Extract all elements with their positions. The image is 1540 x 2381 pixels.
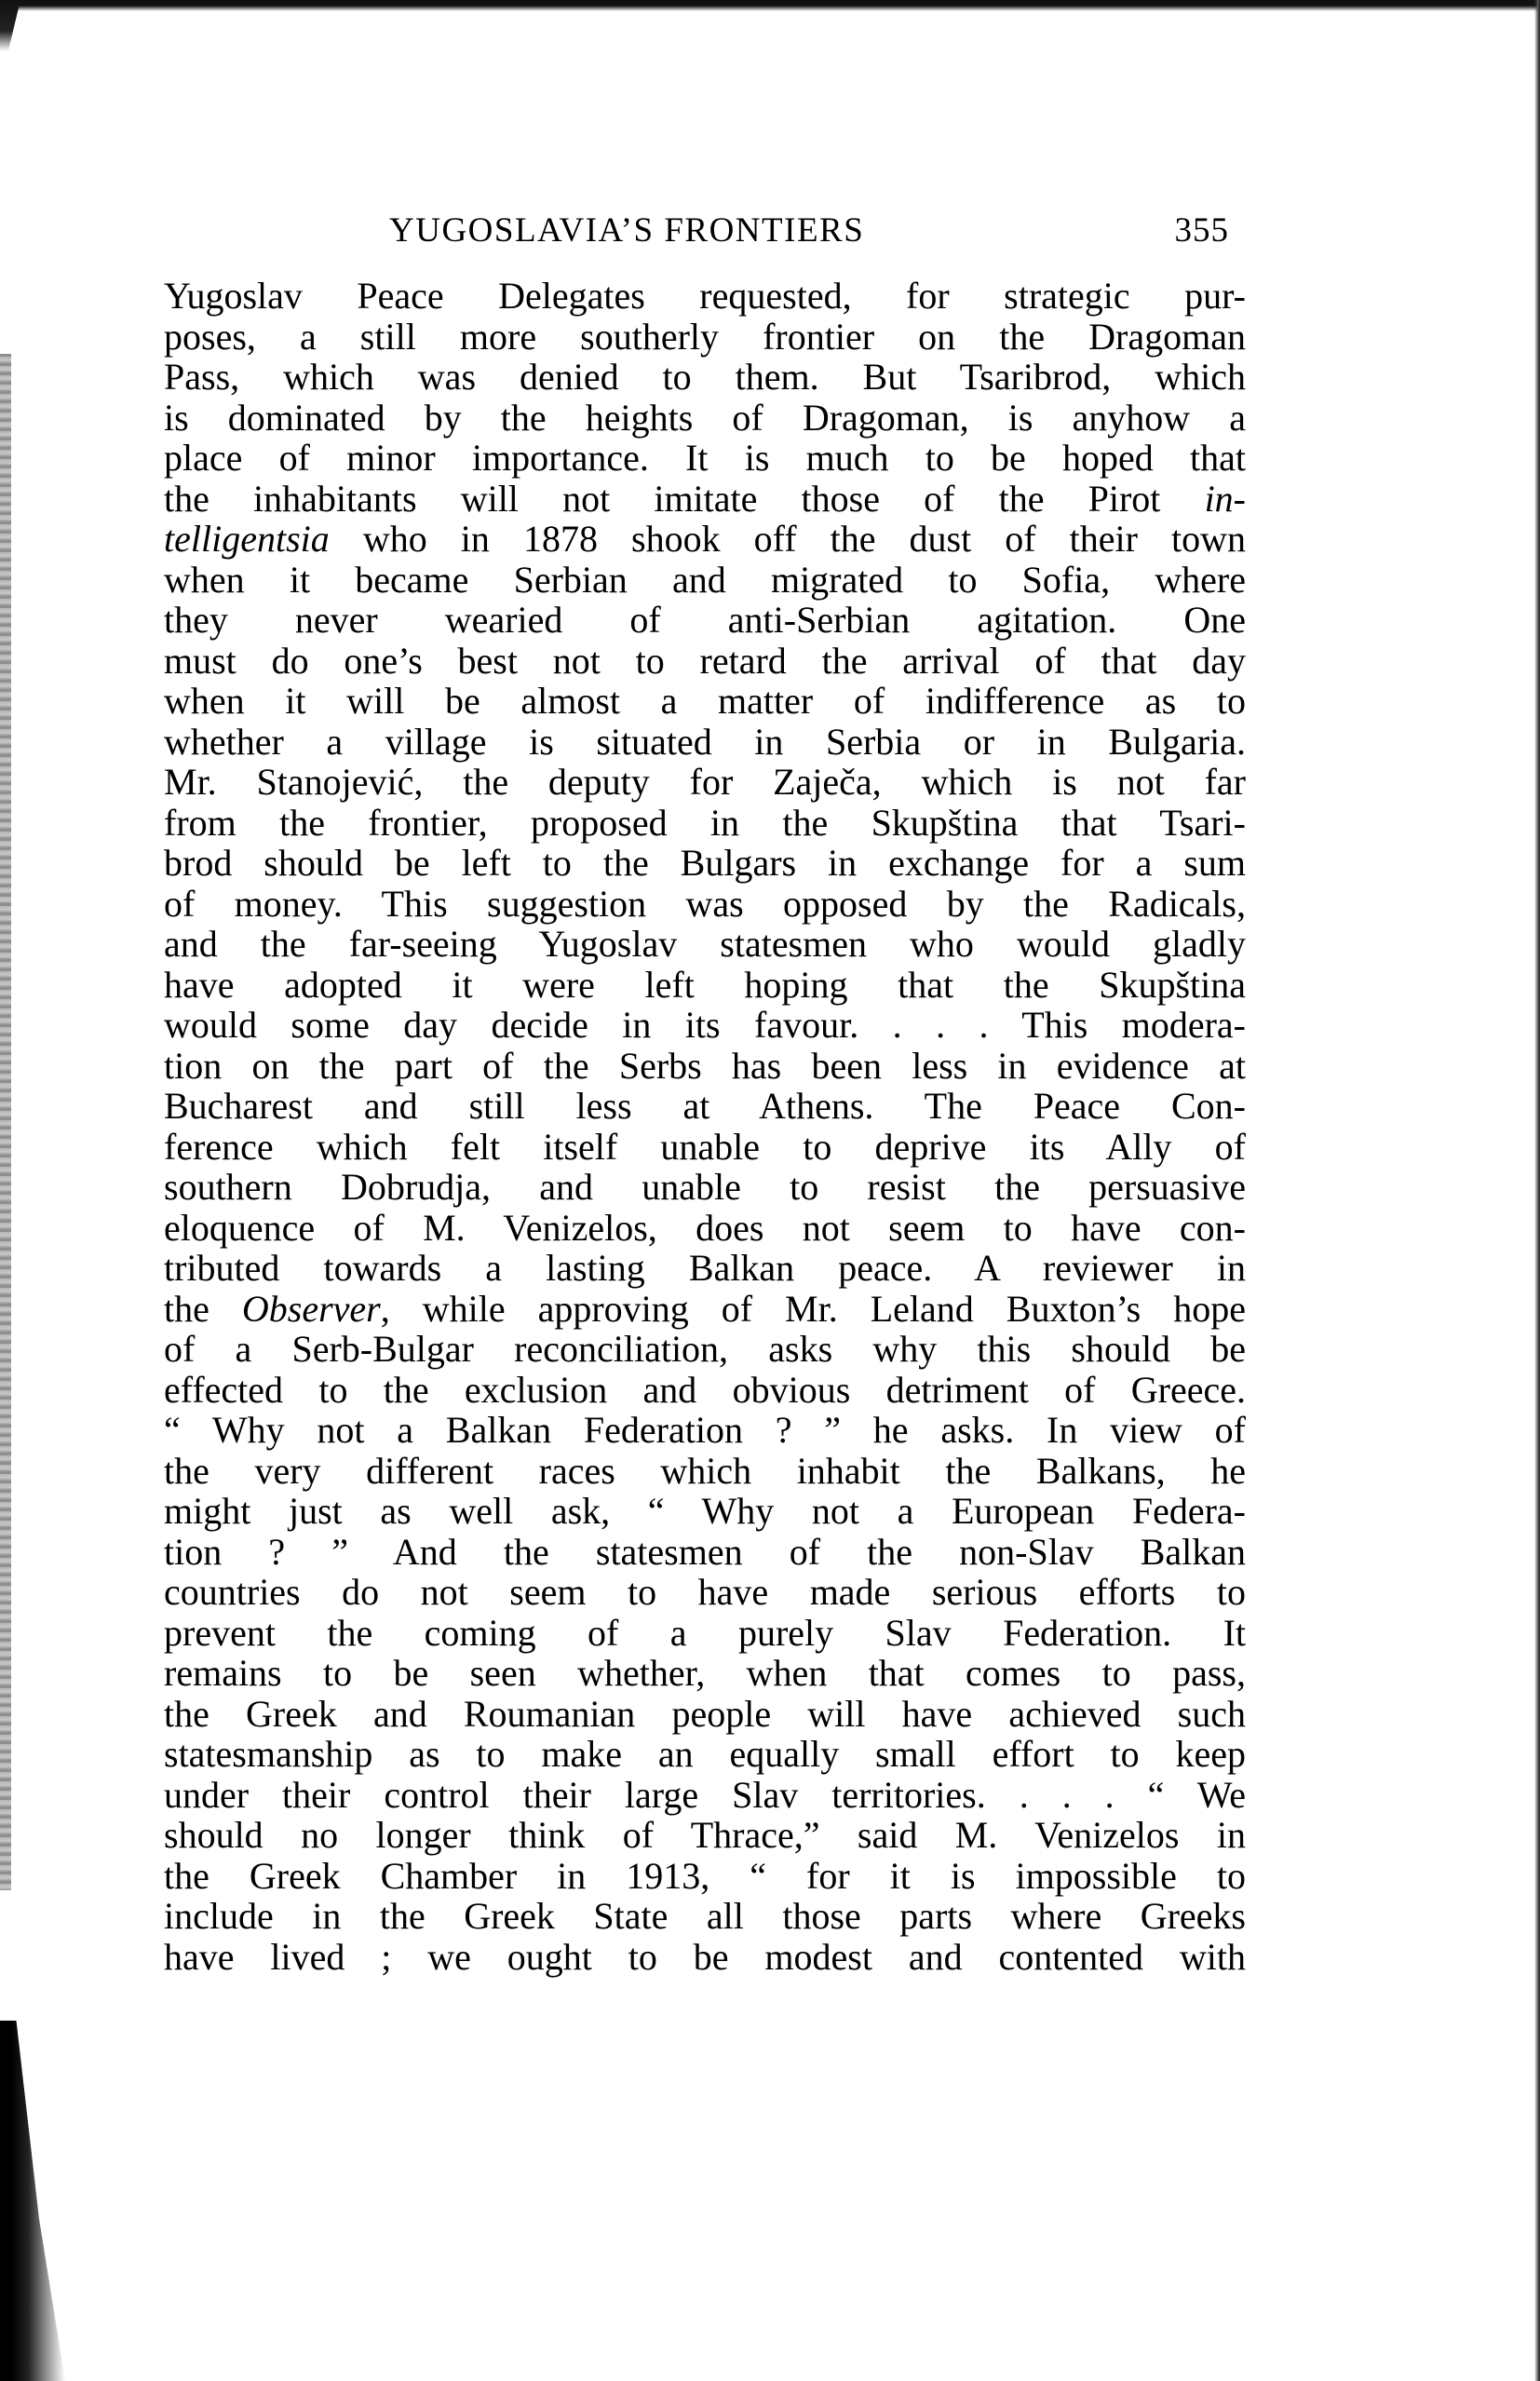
scan-top-edge (0, 0, 1540, 11)
text-line: must do one’s best not to retard the arr… (164, 641, 1246, 682)
text-line: the Greek and Roumanian people will have… (164, 1694, 1246, 1735)
text-line: and the far-seeing Yugoslav statesmen wh… (164, 924, 1246, 965)
text-line: remains to be seen whether, when that co… (164, 1653, 1246, 1694)
italic-text-run: telligentsia (164, 518, 330, 560)
text-line: the very different races which inhabit t… (164, 1451, 1246, 1492)
text-line: ference which felt itself unable to depr… (164, 1127, 1246, 1168)
text-run: , while approving of Mr. Leland Buxton’s… (381, 1288, 1246, 1330)
text-line: have adopted it were left hoping that th… (164, 965, 1246, 1006)
text-line: would some day decide in its favour. . .… (164, 1005, 1246, 1046)
text-line: tributed towards a lasting Balkan peace.… (164, 1248, 1246, 1289)
text-line: they never wearied of anti-Serbian agita… (164, 600, 1246, 641)
text-line: Bucharest and still less at Athens. The … (164, 1086, 1246, 1127)
book-page: YUGOSLAVIA’S FRONTIERS 355 Yugoslav Peac… (164, 210, 1246, 1977)
text-line: should no longer think of Thrace,” said … (164, 1815, 1246, 1856)
italic-text-run: Observer (242, 1288, 381, 1330)
scan-corner-shadow (0, 0, 20, 51)
text-run: the (164, 1288, 242, 1330)
text-line: tion ? ” And the statesmen of the non-Sl… (164, 1532, 1246, 1573)
scan-left-edge-shadow (0, 354, 11, 1890)
text-line: poses, a still more southerly frontier o… (164, 317, 1246, 358)
scan-right-edge (1534, 0, 1540, 2381)
text-line: the Greek Chamber in 1913, “ for it is i… (164, 1856, 1246, 1897)
text-line: under their control their large Slav ter… (164, 1775, 1246, 1816)
text-line: Pass, which was denied to them. But Tsar… (164, 357, 1246, 398)
text-line: brod should be left to the Bulgars in ex… (164, 843, 1246, 884)
text-line: is dominated by the heights of Dragoman,… (164, 398, 1246, 439)
text-line: place of minor importance. It is much to… (164, 438, 1246, 479)
chapter-running-title: YUGOSLAVIA’S FRONTIERS (389, 210, 864, 250)
scan-bottom-left-shadow (0, 2021, 65, 2381)
text-run: who in 1878 shook off the dust of their … (330, 518, 1246, 560)
text-line: effected to the exclusion and obvious de… (164, 1370, 1246, 1411)
text-line: countries do not seem to have made serio… (164, 1572, 1246, 1613)
page-number: 355 (1175, 210, 1230, 250)
italic-text-run: in- (1205, 478, 1246, 520)
text-line: “ Why not a Balkan Federation ? ” he ask… (164, 1410, 1246, 1451)
body-paragraph: Yugoslav Peace Delegates requested, for … (164, 276, 1246, 1977)
text-line: when it will be almost a matter of indif… (164, 681, 1246, 722)
text-line: of money. This suggestion was opposed by… (164, 884, 1246, 925)
text-line: include in the Greek State all those par… (164, 1896, 1246, 1937)
text-line: might just as well ask, “ Why not a Euro… (164, 1491, 1246, 1532)
text-line: whether a village is situated in Serbia … (164, 722, 1246, 763)
text-line: prevent the coming of a purely Slav Fede… (164, 1613, 1246, 1654)
text-line: the Observer, while approving of Mr. Lel… (164, 1289, 1246, 1330)
text-line: the inhabitants will not imitate those o… (164, 479, 1246, 520)
text-line: southern Dobrudja, and unable to resist … (164, 1167, 1246, 1208)
text-run: the inhabitants will not imitate those o… (164, 478, 1205, 520)
text-line: from the frontier, proposed in the Skupš… (164, 803, 1246, 844)
text-line: Mr. Stanojević, the deputy for Zaječa, w… (164, 762, 1246, 803)
text-line: of a Serb-Bulgar reconciliation, asks wh… (164, 1329, 1246, 1370)
text-line: statesmanship as to make an equally smal… (164, 1734, 1246, 1775)
text-line: telligentsia who in 1878 shook off the d… (164, 519, 1246, 560)
text-line: eloquence of M. Venizelos, does not seem… (164, 1208, 1246, 1249)
running-head: YUGOSLAVIA’S FRONTIERS 355 (164, 210, 1246, 255)
text-line: when it became Serbian and migrated to S… (164, 560, 1246, 601)
text-line: have lived ; we ought to be modest and c… (164, 1937, 1246, 1978)
text-line: Yugoslav Peace Delegates requested, for … (164, 276, 1246, 317)
text-line: tion on the part of the Serbs has been l… (164, 1046, 1246, 1087)
